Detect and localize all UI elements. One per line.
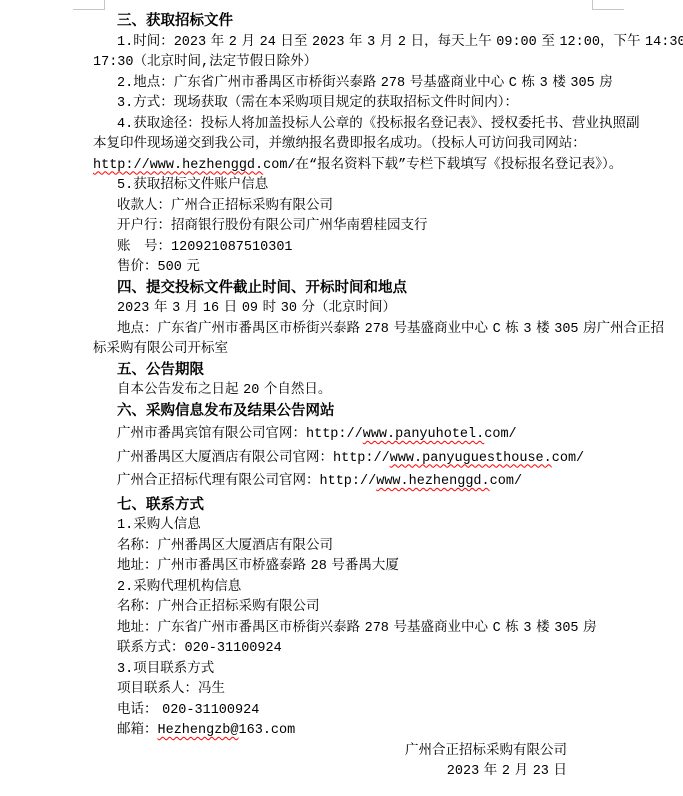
text-segment: 地点：广东省广州市番禺区市桥街兴泰路 278 号基盛商业中心 C 栋 3 楼 3… — [117, 322, 664, 337]
purchaser-address-line: 地址：广州市番禺区市桥盛泰路 28 号番禺大厦 — [93, 557, 610, 578]
text-segment: 广州番禺区大厦酒店有限公司官网： — [117, 451, 333, 466]
text-segment: 电话： 020-31100924 — [117, 703, 259, 718]
obtain-location: 2.地点：广东省广州市番禺区市桥街兴泰路 278 号基盛商业中心 C 栋 3 楼… — [93, 74, 610, 95]
spellcheck-underlined-text: www.hezhenggd. — [376, 474, 489, 489]
section7-heading: 七、联系方式 — [93, 496, 610, 517]
document-body: 三、获取招标文件1.时间：2023 年 2 月 24 日至 2023 年 3 月… — [0, 12, 683, 783]
notice-period-line: 自本公告发布之日起 20 个自然日。 — [93, 381, 610, 402]
website-hezhenggd: 广州合正招标代理有限公司官网：http://www.hezhenggd.com/ — [93, 472, 610, 493]
spellcheck-underlined-text: www.panyuhotel. — [363, 427, 485, 442]
text-segment: 163.com — [239, 723, 296, 738]
text-segment: 账 号：120921087510301 — [117, 240, 293, 255]
obtain-time-line2: 17:30（北京时间,法定节假日除外） — [93, 53, 610, 74]
text-segment: 三、获取招标文件 — [117, 14, 233, 30]
text-segment: 1.采购人信息 — [117, 518, 201, 533]
text-segment: http:// — [320, 474, 377, 489]
text-segment: 邮箱： — [117, 723, 158, 738]
project-contact-label: 3.项目联系方式 — [93, 660, 610, 681]
text-segment: 七、联系方式 — [117, 498, 204, 514]
website-panyu-guesthouse: 广州番禺区大厦酒店有限公司官网：http://www.panyuguesthou… — [93, 449, 610, 470]
agency-info-label: 2.采购代理机构信息 — [93, 578, 610, 599]
document-page: 三、获取招标文件1.时间：2023 年 2 月 24 日至 2023 年 3 月… — [0, 0, 683, 796]
account-info-heading: 5.获取招标文件账户信息 — [93, 176, 610, 197]
text-segment: 五、公告期限 — [117, 363, 204, 379]
text-segment: 六、采购信息发布及结果公告网站 — [117, 404, 335, 420]
text-segment: http:// — [306, 427, 363, 442]
agency-phone-line: 联系方式：020-31100924 — [93, 639, 610, 660]
text-segment: 四、提交投标文件截止时间、开标时间和地点 — [117, 281, 407, 297]
text-segment: 2.采购代理机构信息 — [117, 580, 241, 595]
text-segment: 地址：广州市番禺区市桥盛泰路 28 号番禺大厦 — [117, 559, 399, 574]
agency-address-line: 地址：广东省广州市番禺区市桥街兴泰路 278 号基盛商业中心 C 栋 3 楼 3… — [93, 619, 610, 640]
price-line: 售价：500 元 — [93, 258, 610, 279]
text-segment: 5.获取招标文件账户信息 — [117, 178, 268, 193]
open-location-line2: 标采购有限公司开标室 — [93, 340, 610, 361]
text-segment: 广州市番禺宾馆有限公司官网： — [117, 427, 306, 442]
obtain-way-line3: http://www.hezhenggd.com/在“报名资料下载”专栏下载填写… — [93, 156, 610, 177]
text-segment: 3.方式：现场获取（需在本采购项目规定的获取招标文件时间内）： — [117, 96, 518, 111]
signature-company: 广州合正招标采购有限公司 — [93, 742, 610, 763]
obtain-way-line2: 本复印件现场递交到我公司，并缴纳报名费即报名成功。（投标人可访问我司网站： — [93, 135, 610, 156]
text-segment: 2023 年 2 月 23 日 — [447, 764, 567, 779]
text-segment: 收款人：广州合正招标采购有限公司 — [117, 199, 333, 214]
section5-heading: 五、公告期限 — [93, 361, 610, 382]
obtain-method: 3.方式：现场获取（需在本采购项目规定的获取招标文件时间内）： — [93, 94, 610, 115]
text-segment: com/ — [490, 474, 522, 489]
open-location-line1: 地点：广东省广州市番禺区市桥街兴泰路 278 号基盛商业中心 C 栋 3 楼 3… — [93, 320, 610, 341]
text-segment: 售价：500 元 — [117, 260, 200, 275]
spellcheck-underlined-text: http://www.hezhenggd. — [93, 158, 263, 173]
bank-line: 开户行：招商银行股份有限公司广州华南碧桂园支行 — [93, 217, 610, 238]
page-margin-mark-left — [73, 0, 105, 10]
obtain-way-line1: 4.获取途径：投标人将加盖投标人公章的《投标报名登记表》、授权委托书、营业执照副 — [93, 115, 610, 136]
project-email-line: 邮箱：Hezhengzb@163.com — [93, 721, 610, 742]
agency-name-line: 名称：广州合正招标采购有限公司 — [93, 598, 610, 619]
project-phone-line: 电话： 020-31100924 — [93, 701, 610, 722]
section3-heading: 三、获取招标文件 — [93, 12, 610, 33]
text-segment: 1.时间：2023 年 2 月 24 日至 2023 年 3 月 2 日，每天上… — [117, 35, 683, 50]
project-contact-person-line: 项目联系人：冯生 — [93, 680, 610, 701]
text-segment: 4.获取途径：投标人将加盖投标人公章的《投标报名登记表》、授权委托书、营业执照副 — [117, 117, 639, 132]
account-number-line: 账 号：120921087510301 — [93, 238, 610, 259]
text-segment: 2.地点：广东省广州市番禺区市桥街兴泰路 278 号基盛商业中心 C 栋 3 楼… — [117, 76, 613, 91]
purchaser-name-line: 名称：广州番禺区大厦酒店有限公司 — [93, 537, 610, 558]
text-segment: 名称：广州番禺区大厦酒店有限公司 — [117, 539, 333, 554]
text-segment: 地址：广东省广州市番禺区市桥街兴泰路 278 号基盛商业中心 C 栋 3 楼 3… — [117, 621, 597, 636]
spellcheck-underlined-text: Hezhengzb@ — [158, 723, 239, 738]
text-segment: 广州合正招标代理有限公司官网： — [117, 474, 320, 489]
text-segment: 17:30（北京时间,法定节假日除外） — [93, 55, 317, 70]
page-margin-mark-right — [592, 0, 624, 10]
text-segment: 项目联系人：冯生 — [117, 682, 225, 697]
text-segment: 本复印件现场递交到我公司，并缴纳报名费即报名成功。（投标人可访问我司网站： — [93, 137, 586, 152]
purchaser-info-label: 1.采购人信息 — [93, 516, 610, 537]
text-segment: 广州合正招标采购有限公司 — [405, 744, 567, 759]
signature-date: 2023 年 2 月 23 日 — [93, 762, 610, 783]
website-panyu-hotel: 广州市番禺宾馆有限公司官网：http://www.panyuhotel.com/ — [93, 425, 610, 446]
payee-line: 收款人：广州合正招标采购有限公司 — [93, 197, 610, 218]
text-segment: http:// — [333, 451, 390, 466]
deadline-time-line: 2023 年 3 月 16 日 09 时 30 分（北京时间） — [93, 299, 610, 320]
section6-heading: 六、采购信息发布及结果公告网站 — [93, 402, 610, 423]
spellcheck-underlined-text: www.panyuguesthouse. — [390, 451, 552, 466]
text-segment: 3.项目联系方式 — [117, 662, 214, 677]
obtain-time-line1: 1.时间：2023 年 2 月 24 日至 2023 年 3 月 2 日，每天上… — [93, 33, 610, 54]
text-segment: 自本公告发布之日起 20 个自然日。 — [117, 383, 331, 398]
text-segment: 标采购有限公司开标室 — [93, 342, 228, 357]
text-segment: com/ — [484, 427, 516, 442]
text-segment: 开户行：招商银行股份有限公司广州华南碧桂园支行 — [117, 219, 428, 234]
text-segment: 2023 年 3 月 16 日 09 时 30 分（北京时间） — [117, 301, 396, 316]
text-segment: 联系方式：020-31100924 — [117, 641, 282, 656]
text-segment: 名称：广州合正招标采购有限公司 — [117, 600, 320, 615]
text-segment: com/ — [552, 451, 584, 466]
text-segment: com/在“报名资料下载”专栏下载填写《投标报名登记表》）。 — [263, 158, 622, 173]
section4-heading: 四、提交投标文件截止时间、开标时间和地点 — [93, 279, 610, 300]
